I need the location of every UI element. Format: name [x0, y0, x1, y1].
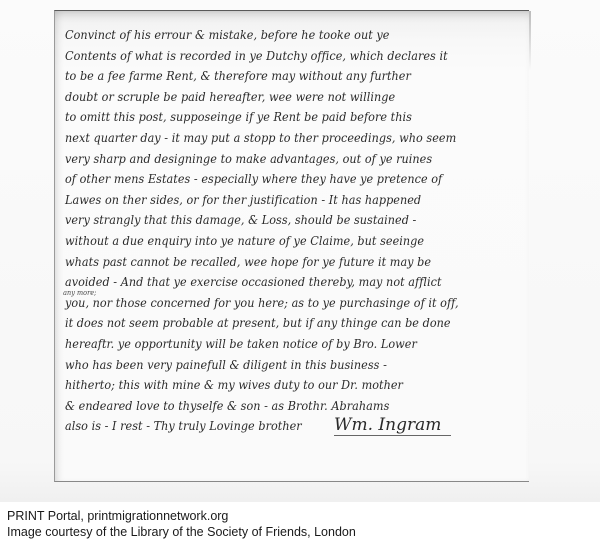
letter-line: who has been very painefull & diligent i…: [65, 355, 488, 376]
caption-credit: Image courtesy of the Library of the Soc…: [7, 525, 356, 541]
scan-background: Convinct of his errour & mistake, before…: [0, 0, 600, 502]
letter-line: Convinct of his errour & mistake, before…: [65, 25, 488, 46]
letter-line: of other mens Estates - especially where…: [65, 169, 488, 190]
letter-line: Contents of what is recorded in ye Dutch…: [65, 46, 488, 67]
letter-line: doubt or scruple be paid hereafter, wee …: [65, 87, 488, 108]
letter-line: without a due enquiry into ye nature of …: [65, 231, 488, 252]
signature: Wm. Ingram: [334, 415, 451, 436]
letter-line: avoided - And that ye exercise occasione…: [65, 272, 488, 293]
letter-line-with-note: any more; you, nor those concerned for y…: [65, 293, 488, 314]
letter-line: it does not seem probable at present, bu…: [65, 313, 488, 334]
letter-line: to omitt this post, supposeinge if ye Re…: [65, 107, 488, 128]
caption-source: PRINT Portal, printmigrationnetwork.org: [7, 509, 356, 525]
image-caption: PRINT Portal, printmigrationnetwork.org …: [7, 509, 356, 540]
letter-line: hereaftr. ye opportunity will be taken n…: [65, 334, 488, 355]
letter-line: very strangly that this damage, & Loss, …: [65, 210, 488, 231]
manuscript-page: Convinct of his errour & mistake, before…: [54, 10, 529, 482]
letter-text: Convinct of his errour & mistake, before…: [65, 25, 525, 437]
letter-line: very sharp and designinge to make advant…: [65, 149, 488, 170]
letter-line: Lawes on ther sides, or for ther justifi…: [65, 190, 488, 211]
interlinear-note: any more;: [63, 283, 96, 304]
letter-line: to be a fee farme Rent, & therefore may …: [65, 66, 488, 87]
letter-line: next quarter day - it may put a stopp to…: [65, 128, 488, 149]
letter-line: hitherto; this with mine & my wives duty…: [65, 375, 488, 396]
letter-line-text: you, nor those concerned for you here; a…: [65, 296, 459, 310]
letter-line: & endeared love to thyselfe & son - as B…: [65, 396, 488, 417]
letter-line: whats past cannot be recalled, wee hope …: [65, 252, 488, 273]
